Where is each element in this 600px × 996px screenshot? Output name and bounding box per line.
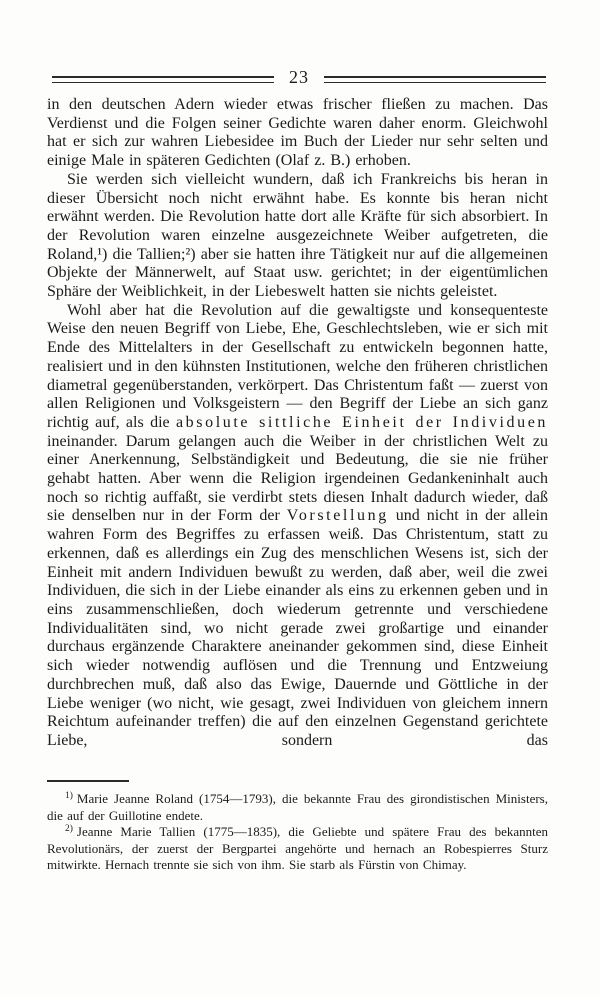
text-segment: und nicht in der allein wahren Form des … (47, 507, 548, 748)
body-text: in den deutschen Adern wieder etwas fris… (47, 96, 548, 751)
paragraph: Sie werden sich vielleicht wundern, daß … (47, 171, 548, 302)
text-segment: in den deutschen Adern wieder etwas fris… (47, 96, 548, 169)
page-number: 23 (289, 68, 309, 86)
text-segment: Sie werden sich vielleicht wundern, daß … (47, 171, 548, 300)
footnote-1-marker: 1) (65, 791, 73, 801)
text-segment: Wohl aber hat die Revolution auf die gew… (47, 302, 548, 431)
footnote-1: 1)Marie Jeanne Roland (1754—1793), die b… (47, 791, 548, 824)
footnote-2-marker: 2) (65, 824, 73, 834)
book-page: 23 in den deutschen Adern wieder etwas f… (0, 0, 600, 996)
page-header: 23 (52, 70, 546, 88)
emphasized-spaced-text: Vorstellung (287, 507, 389, 524)
footnote-2-text: Jeanne Marie Tallien (1775—1835), die Ge… (47, 824, 548, 872)
paragraph: in den deutschen Adern wieder etwas fris… (47, 96, 548, 171)
footnote-1-text: Marie Jeanne Roland (1754—1793), die bek… (47, 791, 548, 823)
header-rule-left (52, 76, 274, 83)
footnote-separator-rule (47, 780, 129, 782)
paragraph: Wohl aber hat die Revolution auf die gew… (47, 302, 548, 751)
footnote-2: 2)Jeanne Marie Tallien (1775—1835), die … (47, 824, 548, 874)
emphasized-spaced-text: absolute sittliche Einheit der Individue… (176, 414, 548, 431)
header-rule-right (324, 76, 546, 83)
footnotes-section: 1)Marie Jeanne Roland (1754—1793), die b… (47, 780, 548, 874)
